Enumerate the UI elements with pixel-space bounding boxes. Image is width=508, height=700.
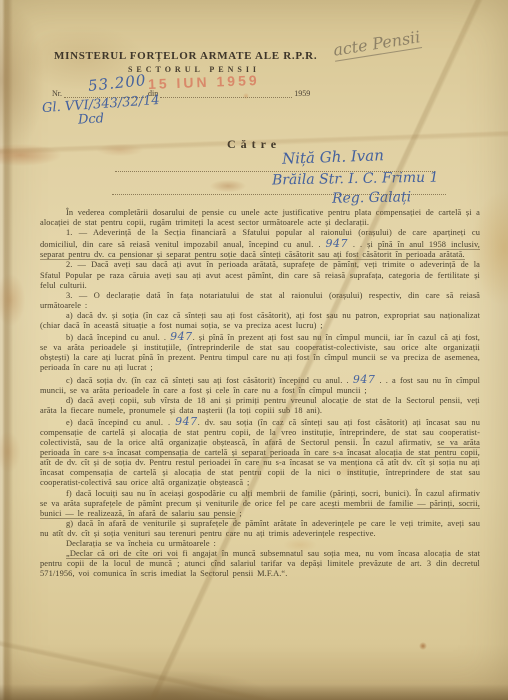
addressee-name: Niță Gh. Ivan	[282, 146, 384, 168]
text-run: ;	[236, 509, 242, 518]
body-text: În vederea completării dosarului de pens…	[40, 208, 480, 579]
text-run: . . și	[348, 240, 378, 249]
text-run: 3. — O declarație dată în fața notariatu…	[40, 291, 480, 310]
paragraph: 2. — Dacă aveți sau dacă ați avut în per…	[40, 260, 480, 290]
text-run: b) dacă începind cu anul. .	[66, 333, 170, 342]
paragraph: Declarația se va încheia cu următoarele …	[40, 539, 480, 549]
printed-year: 1959	[294, 89, 310, 98]
paragraph: În vederea completării dosarului de pens…	[40, 208, 480, 228]
paragraph: „Declar că ori de cîte ori voi fi angaja…	[40, 549, 480, 579]
paragraph: 1. — Adeverință de la Secția financiară …	[40, 228, 480, 260]
text-run: d) dacă aveți copii, sub vîrsta de 18 an…	[40, 396, 480, 415]
paragraph: e) dacă începind cu anul. . 947. dv. sau…	[40, 416, 480, 489]
number-label: Nr.	[52, 89, 62, 98]
text-run: Declarația se va încheia cu următoarele …	[66, 539, 216, 548]
paragraph: a) dacă dv. și soția (în caz că sînteți …	[40, 311, 480, 331]
ministry-title: MINSTERUL FORȚELOR ARMATE ALE R.P.R.	[54, 50, 317, 62]
scanned-document-page: MINSTERUL FORȚELOR ARMATE ALE R.P.R. SEC…	[0, 0, 508, 700]
paragraph: g) dacă în afară de veniturile și supraf…	[40, 519, 480, 539]
department-subtitle: SECTORUL PENSII	[54, 65, 334, 74]
pencil-annotation: acte Pensii	[332, 27, 422, 61]
handwritten-registry-note-2: Dcd	[78, 111, 105, 127]
addressee-region: Reg. Galați	[332, 189, 411, 206]
paragraph: d) dacă aveți copii, sub vîrsta de 18 an…	[40, 396, 480, 416]
underlined-phrase: „Declar că ori de cîte ori voi	[66, 549, 178, 559]
paragraph: 3. — O declarație dată în fața notariatu…	[40, 291, 480, 311]
handwritten-year: 947	[325, 237, 348, 250]
text-run: a) dacă dv. și soția (în caz că sînteți …	[40, 311, 480, 330]
handwritten-year: 947	[170, 330, 193, 343]
text-run: 2. — Dacă aveți sau dacă ați avut în per…	[40, 260, 480, 289]
salutation-heading: Către	[0, 137, 508, 152]
addressee-street: Brăila Str. I. C. Frimu 1	[272, 170, 439, 189]
paragraph: b) dacă începind cu anul. . 947. și pînă…	[40, 331, 480, 373]
text-run: e) dacă începind cu anul. .	[66, 418, 175, 427]
text-run: În vederea completării dosarului de pens…	[40, 208, 480, 227]
paragraph: f) dacă locuiți sau nu în aceiași gospod…	[40, 489, 480, 519]
handwritten-year: 947	[175, 415, 198, 428]
handwritten-year: 947	[353, 373, 376, 386]
text-run: c) dacă soția dv. (în caz că sînteți sau…	[66, 376, 353, 385]
paragraph: c) dacă soția dv. (în caz că sînteți sau…	[40, 374, 480, 396]
text-run: g) dacă în afară de veniturile și supraf…	[40, 519, 480, 538]
